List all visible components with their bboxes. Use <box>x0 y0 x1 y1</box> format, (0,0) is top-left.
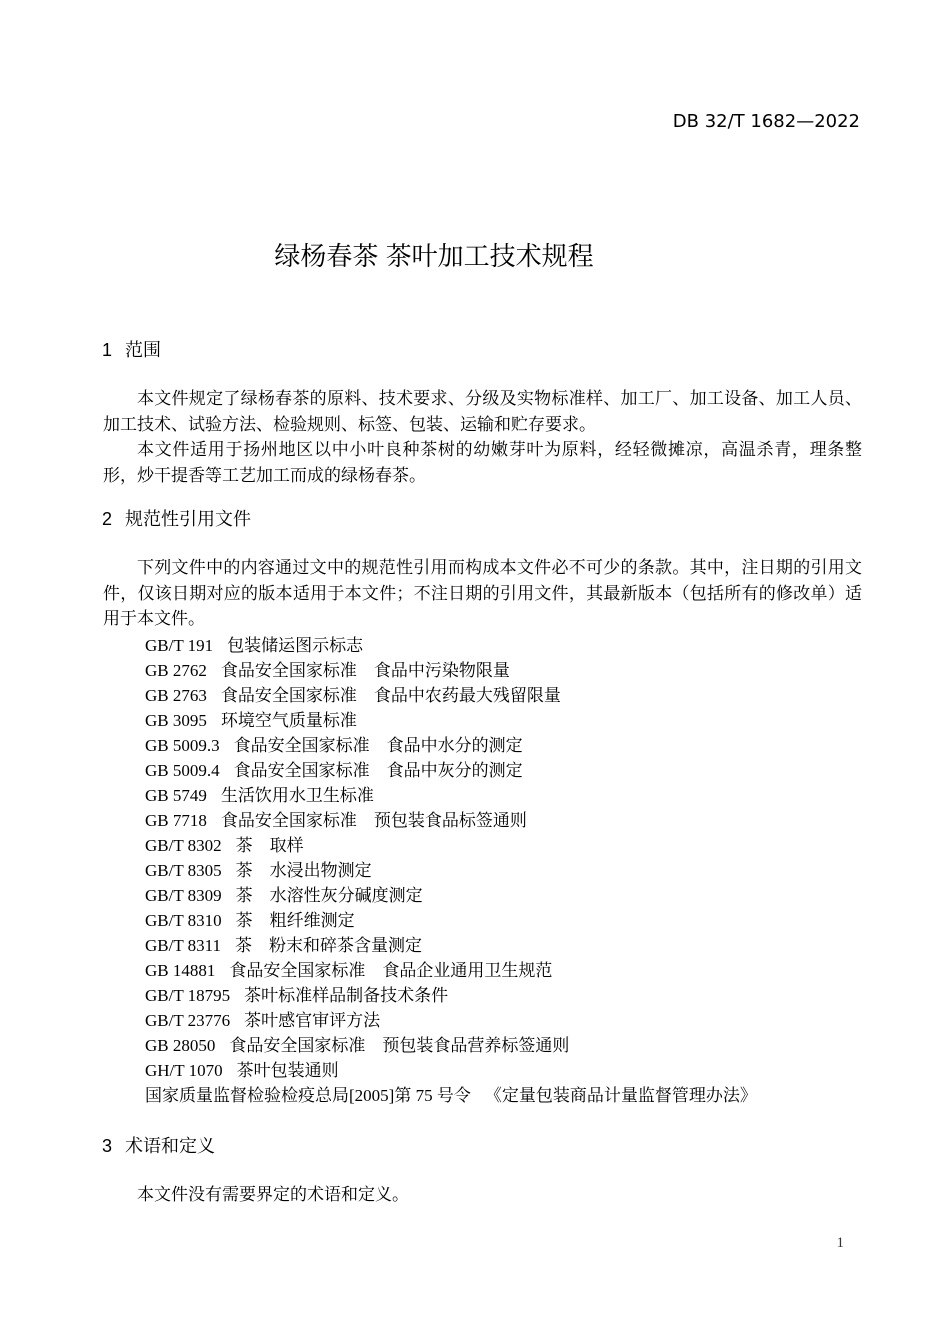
document-page: DB 32/T 1682—2022 绿杨春茶 茶叶加工技术规程 1范围 本文件规… <box>0 0 950 1344</box>
reference-item: GB/T 8310茶 粗纤维测定 <box>0 908 950 933</box>
document-code: DB 32/T 1682—2022 <box>0 110 860 134</box>
reference-code: GB 2762 <box>145 661 207 680</box>
reference-item: GB 3095环境空气质量标准 <box>0 708 950 733</box>
reference-item: GB 2762食品安全国家标准 食品中污染物限量 <box>0 658 950 683</box>
reference-code: GB/T 23776 <box>145 1011 230 1030</box>
references-intro-paragraph: 下列文件中的内容通过文中的规范性引用而构成本文件必不可少的条款。其中，注日期的引… <box>0 555 950 632</box>
section-scope-heading: 1范围 <box>0 338 950 362</box>
reference-code: GB/T 8305 <box>145 861 222 880</box>
section-scope-number: 1 <box>102 340 112 360</box>
reference-item: GB/T 8311茶 粉末和碎茶含量测定 <box>0 933 950 958</box>
reference-name: 茶叶包装通则 <box>237 1061 339 1080</box>
reference-code: GB 5009.3 <box>145 736 220 755</box>
reference-name: 生活饮用水卫生标准 <box>221 786 374 805</box>
reference-item: GB 5749生活饮用水卫生标准 <box>0 783 950 808</box>
section-terms-title: 术语和定义 <box>125 1136 215 1156</box>
reference-name: 茶 水浸出物测定 <box>236 861 372 880</box>
reference-item: GB 14881食品安全国家标准 食品企业通用卫生规范 <box>0 958 950 983</box>
reference-item: GB 7718食品安全国家标准 预包装食品标签通则 <box>0 808 950 833</box>
reference-name: 食品安全国家标准 预包装食品营养标签通则 <box>229 1036 569 1055</box>
reference-name: 茶 水溶性灰分碱度测定 <box>236 886 423 905</box>
reference-item: GB/T 8302茶 取样 <box>0 833 950 858</box>
terms-paragraph: 本文件没有需要界定的术语和定义。 <box>0 1182 950 1208</box>
reference-code: GB 14881 <box>145 961 215 980</box>
reference-item: GB 2763食品安全国家标准 食品中农药最大残留限量 <box>0 683 950 708</box>
reference-code: 国家质量监督检验检疫总局[2005]第 75 号令 <box>145 1086 471 1105</box>
reference-item: GB/T 18795茶叶标准样品制备技术条件 <box>0 983 950 1008</box>
reference-item: GB 5009.3食品安全国家标准 食品中水分的测定 <box>0 733 950 758</box>
reference-name: 茶 取样 <box>236 836 304 855</box>
document-title: 绿杨春茶 茶叶加工技术规程 <box>0 238 868 274</box>
scope-paragraph-2: 本文件适用于扬州地区以中小叶良种茶树的幼嫩芽叶为原料，经轻微摊凉，高温杀青，理条… <box>0 437 950 488</box>
reference-item: GB/T 191包装储运图示标志 <box>0 633 950 658</box>
reference-code: GB/T 18795 <box>145 986 230 1005</box>
reference-code: GH/T 1070 <box>145 1061 223 1080</box>
references-list: GB/T 191包装储运图示标志 GB 2762食品安全国家标准 食品中污染物限… <box>0 633 950 1108</box>
reference-item: GH/T 1070茶叶包装通则 <box>0 1058 950 1083</box>
reference-name: 食品安全国家标准 预包装食品标签通则 <box>221 811 527 830</box>
section-scope-title: 范围 <box>125 340 161 360</box>
section-terms-number: 3 <box>102 1136 112 1156</box>
reference-name: 包装储运图示标志 <box>227 636 363 655</box>
reference-code: GB 7718 <box>145 811 207 830</box>
reference-item: 国家质量监督检验检疫总局[2005]第 75 号令《定量包装商品计量监督管理办法… <box>0 1083 950 1108</box>
reference-code: GB 28050 <box>145 1036 215 1055</box>
reference-code: GB/T 8309 <box>145 886 222 905</box>
reference-name: 茶 粗纤维测定 <box>236 911 355 930</box>
reference-code: GB/T 8311 <box>145 936 221 955</box>
reference-code: GB/T 8302 <box>145 836 222 855</box>
reference-item: GB 28050食品安全国家标准 预包装食品营养标签通则 <box>0 1033 950 1058</box>
reference-item: GB/T 23776茶叶感官审评方法 <box>0 1008 950 1033</box>
reference-name: 食品安全国家标准 食品企业通用卫生规范 <box>229 961 552 980</box>
scope-paragraph-1: 本文件规定了绿杨春茶的原料、技术要求、分级及实物标准样、加工厂、加工设备、加工人… <box>0 386 950 437</box>
section-terms-heading: 3术语和定义 <box>0 1134 950 1158</box>
reference-name: 食品安全国家标准 食品中污染物限量 <box>221 661 510 680</box>
page-number: 1 <box>0 1233 950 1253</box>
reference-code: GB 5749 <box>145 786 207 805</box>
reference-name: 食品安全国家标准 食品中水分的测定 <box>234 736 523 755</box>
reference-item: GB/T 8305茶 水浸出物测定 <box>0 858 950 883</box>
reference-item: GB/T 8309茶 水溶性灰分碱度测定 <box>0 883 950 908</box>
reference-code: GB 2763 <box>145 686 207 705</box>
reference-name: 茶 粉末和碎茶含量测定 <box>235 936 422 955</box>
reference-name: 食品安全国家标准 食品中灰分的测定 <box>234 761 523 780</box>
reference-name: 食品安全国家标准 食品中农药最大残留限量 <box>221 686 561 705</box>
reference-code: GB/T 8310 <box>145 911 222 930</box>
reference-code: GB 3095 <box>145 711 207 730</box>
reference-code: GB 5009.4 <box>145 761 220 780</box>
reference-item: GB 5009.4食品安全国家标准 食品中灰分的测定 <box>0 758 950 783</box>
section-references-heading: 2规范性引用文件 <box>0 507 950 531</box>
reference-code: GB/T 191 <box>145 636 213 655</box>
reference-name: 环境空气质量标准 <box>221 711 357 730</box>
reference-name: 茶叶标准样品制备技术条件 <box>244 986 448 1005</box>
section-references-title: 规范性引用文件 <box>125 509 251 529</box>
reference-name: 《定量包装商品计量监督管理办法》 <box>485 1086 757 1105</box>
reference-name: 茶叶感官审评方法 <box>244 1011 380 1030</box>
section-references-number: 2 <box>102 509 112 529</box>
